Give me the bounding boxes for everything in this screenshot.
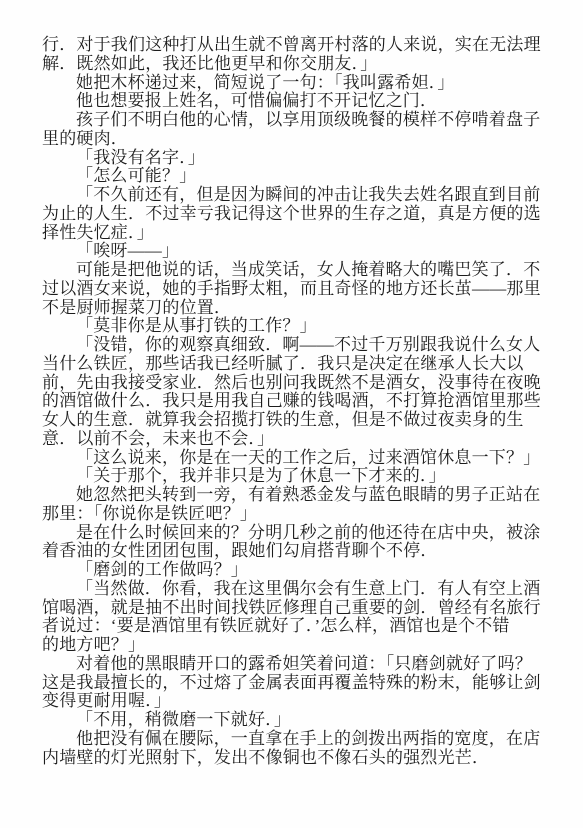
text-line: 「磨剑的工作做吗？」	[42, 561, 547, 580]
text-line: 者说过：‘要是酒馆里有铁匠就好了．’怎么样，酒馆也是个不错	[42, 617, 547, 636]
text-line: 「关于那个，我并非只是为了休息一下才来的．」	[42, 467, 547, 486]
text-line: 那里：「你说你是铁匠吧？」	[42, 505, 547, 524]
text-line: 内墙壁的灯光照射下，发出不像铜也不像石头的强烈光芒．	[42, 749, 547, 768]
text-line: 择性失忆症．」	[42, 224, 547, 243]
text-line: 对着他的黑眼睛开口的露希妲笑着问道：「只磨剑就好了吗？	[42, 655, 547, 674]
text-line: 行．对于我们这种打从出生就不曾离开村落的人来说，实在无法理	[42, 36, 547, 55]
text-line: 不是厨师握菜刀的位置．	[42, 299, 547, 318]
text-line: 他也想要报上姓名，可惜偏偏打不开记忆之门．	[42, 92, 547, 111]
text-line: 「怎么可能？」	[42, 167, 547, 186]
text-line: 馆喝酒，就是抽不出时间找铁匠修理自己重要的剑．曾经有名旅行	[42, 599, 547, 618]
text-line: 的酒馆做什么．我只是用我自己赚的钱喝酒，不打算抢酒馆里那些	[42, 392, 547, 411]
text-line: 里的硬肉．	[42, 130, 547, 149]
text-line: 着香油的女性团团包围，跟她们勾肩搭背聊个不停．	[42, 542, 547, 561]
text-line: 孩子们不明白他的心情，以享用顶级晚餐的模样不停啃着盘子	[42, 111, 547, 130]
text-line: 「唉呀——」	[42, 242, 547, 261]
text-line: 「当然做．你看，我在这里偶尔会有生意上门．有人有空上酒	[42, 580, 547, 599]
page-text: 行．对于我们这种打从出生就不曾离开村落的人来说，实在无法理解．既然如此，我还比他…	[42, 36, 547, 767]
text-line: 她忽然把头转到一旁，有着熟悉金发与蓝色眼睛的男子正站在	[42, 486, 547, 505]
text-line: 女人的生意．就算我会招揽打铁的生意，但是不做过夜卖身的生	[42, 411, 547, 430]
text-line: 他把没有佩在腰际，一直拿在手上的剑拨出两指的宽度，在店	[42, 730, 547, 749]
text-line: 前，先由我接受家业．然后也别问我既然不是酒女，没事待在夜晚	[42, 374, 547, 393]
text-line: 「不用，稍微磨一下就好．」	[42, 711, 547, 730]
text-line: 「没错，你的观察真细致．啊——不过千万别跟我说什么女人	[42, 336, 547, 355]
text-line: 为止的人生．不过幸亏我记得这个世界的生存之道，真是方便的选	[42, 205, 547, 224]
text-line: 的地方吧？」	[42, 636, 547, 655]
text-line: 是在什么时候回来的？分明几秒之前的他还待在店中央，被涂	[42, 524, 547, 543]
text-line: 当什么铁匠，那些话我已经听腻了．我只是决定在继承人长大以	[42, 355, 547, 374]
text-line: 这是我最擅长的，不过熔了金属表面再覆盖特殊的粉末，能够让剑	[42, 674, 547, 693]
text-line: 「不久前还有，但是因为瞬间的冲击让我失去姓名跟直到目前	[42, 186, 547, 205]
text-line: 变得更耐用喔．」	[42, 692, 547, 711]
text-line: 「这么说来，你是在一天的工作之后，过来酒馆休息一下？」	[42, 449, 547, 468]
document-page: 行．对于我们这种打从出生就不曾离开村落的人来说，实在无法理解．既然如此，我还比他…	[0, 0, 583, 828]
text-line: 「莫非你是从事打铁的工作？」	[42, 317, 547, 336]
text-line: 可能是把他说的话，当成笑话，女人掩着略大的嘴巴笑了．不	[42, 261, 547, 280]
text-line: 意．以前不会，未来也不会．」	[42, 430, 547, 449]
text-line: 她把木杯递过来，简短说了一句：「我叫露希妲．」	[42, 74, 547, 93]
text-line: 「我没有名字．」	[42, 149, 547, 168]
text-line: 过以酒女来说，她的手指野太粗，而且奇怪的地方还长茧——那里	[42, 280, 547, 299]
text-line: 解．既然如此，我还比他更早和你交朋友．」	[42, 55, 547, 74]
